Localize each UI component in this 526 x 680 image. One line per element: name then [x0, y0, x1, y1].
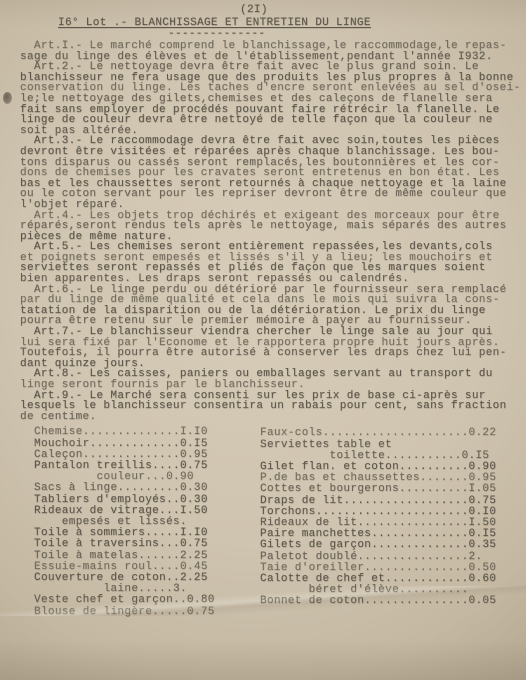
text-line: toilette...........0.I5 — [260, 451, 496, 462]
text-line: dons de chemises pour les cravates seron… — [20, 168, 526, 179]
text-line: Rideaux de lit................I.50 — [260, 518, 496, 529]
text-line: Taie d'oreiller...............0.50 — [260, 563, 496, 574]
text-line: Toutefois, il pourra être autorisé à con… — [20, 348, 526, 359]
text-line: Blouse de lingère.....0.75 — [34, 607, 526, 618]
text-line: le;le nettoyage des gilets,chemises et d… — [20, 94, 526, 105]
punch-hole-mark — [3, 92, 12, 104]
text-line: pourra être retenu sur le premier mémoir… — [20, 316, 526, 327]
text-line: devront être visitées et réparées après … — [20, 147, 526, 158]
title-underline: -------------- — [168, 30, 526, 38]
text-line: soit pas altérée. — [20, 126, 526, 137]
page-title: I6° Lot .- BLANCHISSAGE ET ENTRETIEN DU … — [58, 17, 526, 30]
articles-text: Art.I.- Le marché comprend le blanchissa… — [20, 41, 526, 422]
text-line: Art.2.- Le nettoyage devra être fait ave… — [20, 62, 526, 73]
scanned-document-page: (2I) I6° Lot .- BLANCHISSAGE ET ENTRETIE… — [0, 0, 526, 680]
text-line: Bonnet de coton...............0.05 — [260, 596, 496, 607]
text-line: par du linge de même qualité et cela dan… — [20, 295, 526, 306]
text-line: l'objet réparé. — [20, 200, 526, 211]
text-line: de centime. — [20, 412, 526, 423]
page-number: (2I) — [240, 0, 526, 17]
text-line: Faux-cols.....................0.22 — [260, 428, 496, 439]
price-list: Chemise..............I.I0Mouchoir.......… — [34, 427, 526, 617]
text-line: Gilets de garçon..............0.35 — [260, 540, 496, 551]
text-line: Cottes et bourgerons..........I.05 — [260, 484, 496, 495]
text-line: Art.I.- Le marché comprend le blanchissa… — [20, 41, 526, 52]
text-line: réparés,seront rendus tels après le nett… — [20, 221, 526, 232]
price-list-right-column: Faux-cols.....................0.22Servie… — [260, 428, 496, 607]
text-line: linge seront fournis par le blanchisseur… — [20, 380, 526, 391]
text-line: et poignets seront empesés et lissés s'i… — [20, 253, 526, 264]
